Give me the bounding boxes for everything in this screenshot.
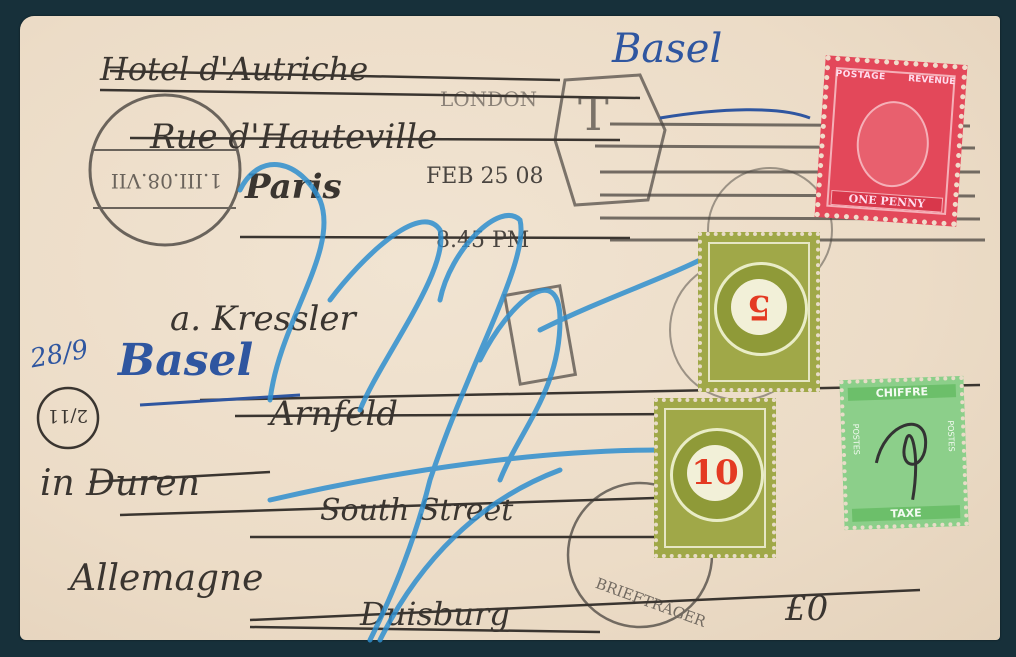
address-line-1: Hotel d'Autriche — [99, 50, 368, 88]
london-time: 8.45 PM — [436, 228, 529, 253]
stamp-gb-one-penny: POSTAGE REVENUE ONE PENNY — [815, 55, 968, 227]
basel-annotation-top: Basel — [611, 26, 722, 72]
manuscript-cancel — [865, 411, 948, 504]
svg-text:1.III.08.VII: 1.III.08.VII — [111, 169, 222, 193]
stamp-swiss-due-5: 5 — [698, 232, 820, 392]
stamp-swiss-due-10: 10 — [654, 398, 776, 558]
address-line-2: Rue d'Hauteville — [149, 117, 437, 157]
tax-letter-t: T — [578, 87, 609, 141]
london-date: FEB 25 08 — [426, 164, 543, 189]
address-line-8: Allemagne — [67, 558, 263, 599]
pencil-annotation: £0 — [784, 589, 828, 629]
address-line-6: in Duren — [40, 463, 200, 504]
basel-annotation-left: Basel — [116, 335, 253, 386]
address-line-4: a. Kressler — [170, 299, 358, 339]
london-city: LONDON — [440, 87, 537, 111]
address-line-5: Arnfeld — [267, 394, 398, 434]
small-circle-mark: 2/11 — [38, 388, 98, 448]
address-line-3: Paris — [244, 167, 342, 207]
svg-text:2/11: 2/11 — [48, 405, 88, 426]
stamp-france-taxe: CHIFFRE TAXE POSTES POSTES — [839, 376, 968, 530]
weight-annotation: 28/9 — [27, 335, 91, 375]
